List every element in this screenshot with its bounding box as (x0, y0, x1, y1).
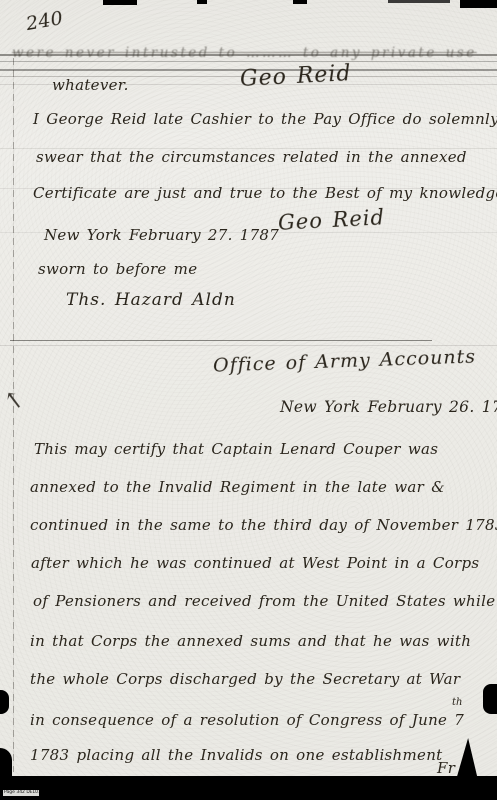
certificate-body-line: This may certify that Captain Lenard Cou… (34, 440, 438, 458)
scan-artifact-bottom-wedge (456, 738, 478, 780)
page-number: 240 (24, 7, 64, 35)
certificate-body-line: in consequence of a resolution of Congre… (30, 711, 464, 729)
certificate-body-line: after which he was continued at West Poi… (31, 554, 479, 572)
fold-line (13, 58, 14, 772)
june-superscript: th (452, 697, 462, 708)
section-divider (10, 340, 432, 341)
affidavit-continuation: whatever. (52, 76, 129, 94)
certificate-body-line: in that Corps the annexed sums and that … (30, 632, 471, 650)
affidavit-date-line: New York February 27. 1787 (44, 226, 279, 244)
scan-artifact-left-edge (0, 690, 9, 714)
scan-artifact-top-2 (197, 0, 207, 4)
certificate-heading: Office of Army Accounts (213, 345, 477, 376)
scan-artifact-top-1 (103, 0, 137, 5)
microfilm-label: Page 342 DEL01 (2, 789, 40, 797)
certificate-body-line: of Pensioners and received from the Unit… (33, 592, 495, 610)
sworn-before-line: sworn to before me (38, 260, 197, 278)
certificate-body-line: continued in the same to the third day o… (30, 516, 497, 534)
scan-artifact-top-4 (388, 0, 450, 3)
certificate-body-line: the whole Corps discharged by the Secret… (30, 670, 460, 688)
certificate-body-line: annexed to the Invalid Regiment in the l… (30, 478, 445, 496)
certificate-body-line: 1783 placing all the Invalids on one est… (30, 746, 443, 764)
signature-geo-reid-top: Geo Reid (239, 61, 352, 92)
scan-artifact-top-5 (460, 0, 497, 8)
scan-streak (0, 61, 497, 62)
catchword: Fr (437, 759, 455, 777)
scan-artifact-right-edge (483, 684, 497, 714)
margin-arrow-icon: ↖ (2, 385, 26, 416)
scanned-document-page: 240 were never intrusted to ……… to any p… (0, 0, 497, 800)
signature-geo-reid: Geo Reid (277, 205, 385, 235)
signature-ths-hazard: Ths. Hazard Aldn (66, 290, 236, 310)
section-divider-faint (0, 345, 497, 346)
affidavit-line: swear that the circumstances related in … (36, 148, 467, 166)
scan-artifact-top-3 (293, 0, 307, 4)
affidavit-line: I George Reid late Cashier to the Pay Of… (33, 110, 497, 128)
faded-struck-line: were never intrusted to ……… to any priva… (12, 45, 477, 61)
affidavit-line: Certificate are just and true to the Bes… (33, 184, 497, 202)
certificate-date-line: New York February 26. 1787 (280, 398, 497, 416)
film-edge-bottom-bar (0, 776, 497, 800)
